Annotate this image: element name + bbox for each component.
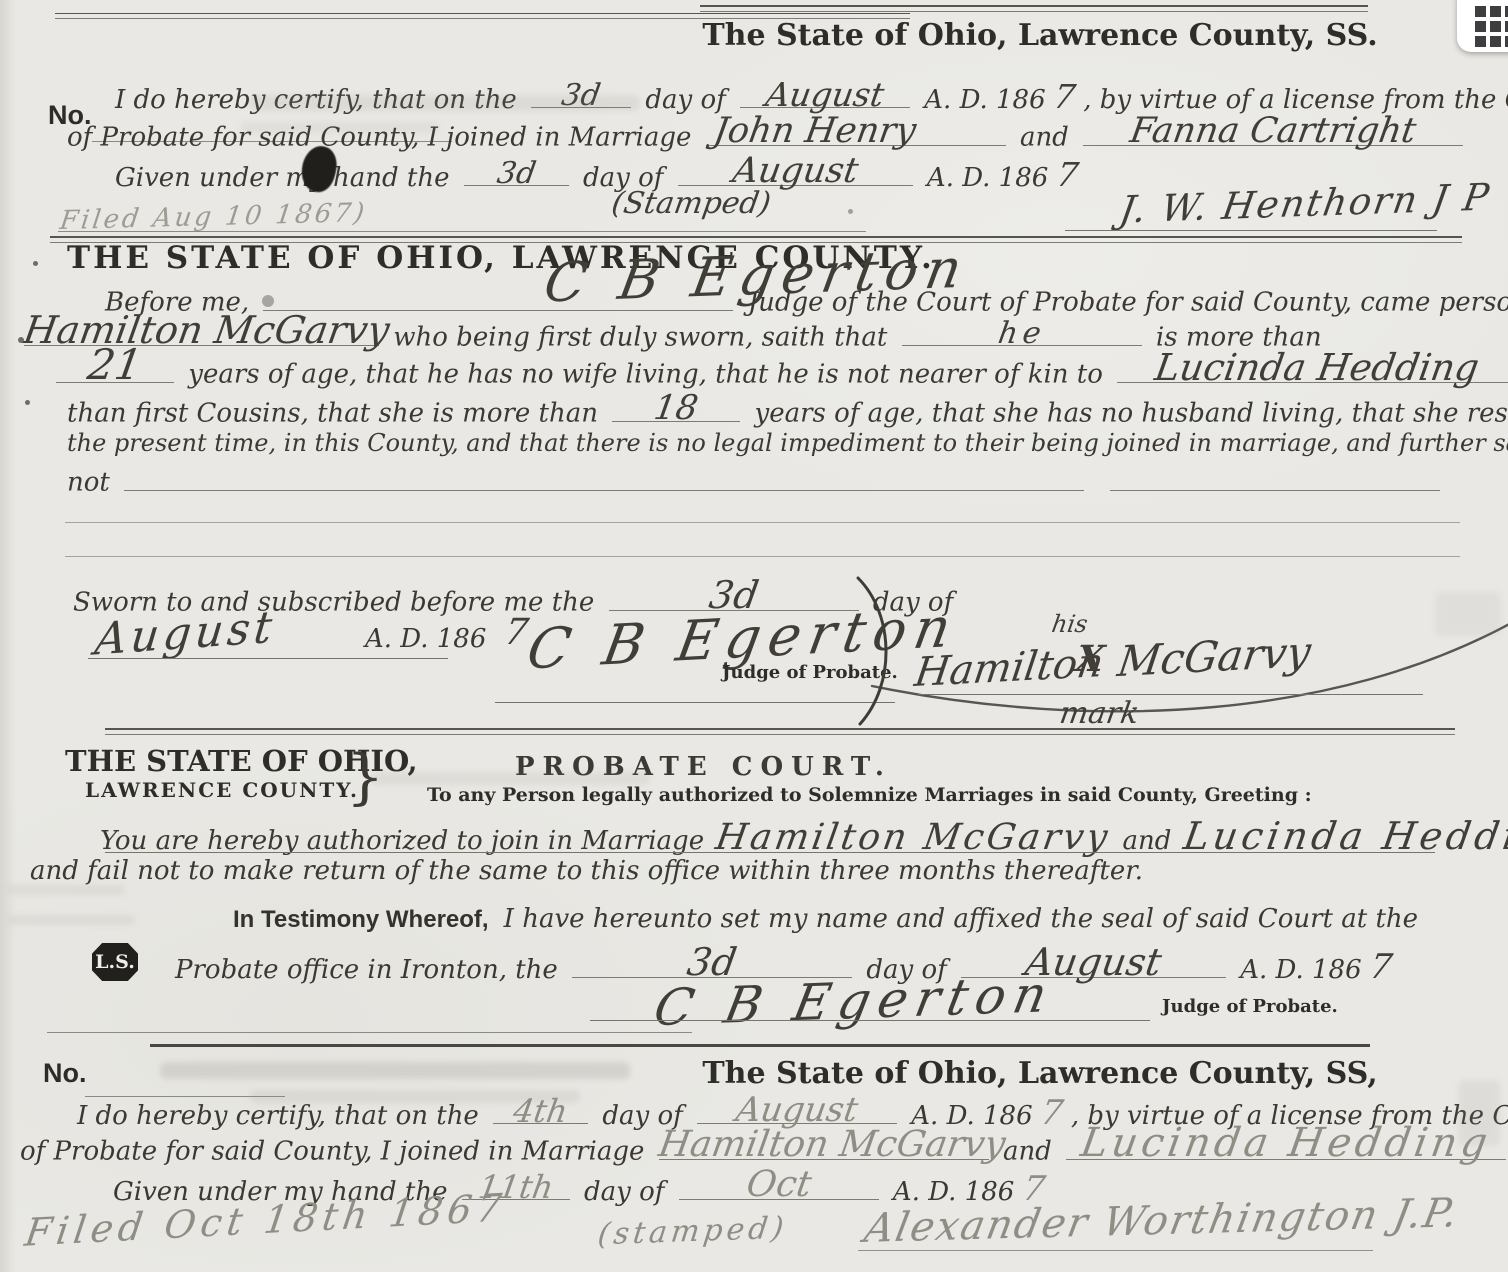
- cert2-groom-blank: Hamilton McGarvy: [659, 1132, 989, 1160]
- applicant-blank: Hamilton McGarvy: [24, 318, 379, 346]
- license-line3-pre: Probate office in Ironton, the: [175, 955, 558, 985]
- section-rule: [150, 1044, 1370, 1047]
- mark-groom-last: McGarvy: [1115, 627, 1314, 687]
- bride-name-value: Lucinda Hedding: [1114, 349, 1508, 386]
- cert2-groom-value: Hamilton McGarvy: [656, 1127, 992, 1163]
- blank-rule: [65, 522, 1460, 523]
- ls-seal-text: L.S.: [95, 951, 135, 973]
- bride-age-blank: 18: [612, 394, 740, 422]
- ink-dot: [848, 209, 853, 214]
- affidavit-line4: than first Cousins, that she is more tha…: [67, 394, 1508, 429]
- grid-icon: [1475, 6, 1508, 47]
- applicant-name: Hamilton McGarvy: [21, 311, 382, 349]
- blank-line: [1110, 463, 1440, 491]
- cert2-line3-mid: day of: [584, 1177, 664, 1207]
- cert1-line3-ad: A. D. 186: [927, 163, 1048, 193]
- bleed-through-stain: [160, 1062, 630, 1079]
- section-rule: [105, 728, 1455, 735]
- cert1-year-value: 7: [1051, 78, 1078, 116]
- signature-line: [495, 702, 895, 703]
- license-county: LAWRENCE COUNTY.: [85, 778, 359, 802]
- signature-line: [858, 1250, 1373, 1251]
- affidavit-line3: 21 years of age, that he has no wife liv…: [50, 355, 1508, 390]
- sworn-year-value: 7: [502, 612, 531, 653]
- cert2-line2-and: and: [1003, 1137, 1052, 1167]
- testimony-label: In Testimony Whereof,: [233, 906, 489, 933]
- signature-line: [918, 694, 1423, 695]
- age-blank: 21: [56, 355, 174, 383]
- cert2-bride-blank: Lucinda Hedding: [1066, 1132, 1506, 1160]
- license-line2: and fail not to make return of the same …: [30, 857, 1143, 887]
- cert1-line1-pre: I do hereby certify, that on the: [115, 85, 517, 115]
- signature-line: [590, 1020, 1150, 1021]
- cert1-line2: of Probate for said County, I joined in …: [67, 118, 1469, 153]
- affidavit-line6: not: [67, 463, 1446, 498]
- cert1-line2-pre: of Probate for said County, I joined in …: [67, 123, 691, 153]
- cert2-month2-value: Oct: [676, 1167, 882, 1203]
- mark-his: his: [1050, 610, 1090, 638]
- blank-line: [124, 463, 1084, 491]
- license-testimony-line: In Testimony Whereof, I have hereunto se…: [233, 905, 1418, 935]
- cert1-month-value: August: [737, 78, 912, 111]
- cert1-year2-value: 7: [1054, 156, 1081, 194]
- rule: [58, 231, 866, 232]
- license-judge-label: Judge of Probate.: [1162, 996, 1338, 1017]
- rule: [700, 5, 1368, 12]
- cert2-title: The State of Ohio, Lawrence County, SS,: [690, 1056, 1390, 1091]
- cert1-line3: Given under my hand the 3d day of August…: [115, 156, 1078, 194]
- speck: [18, 337, 24, 343]
- cert1-month2-blank: August: [678, 158, 913, 186]
- cert1-line1-mid: day of: [645, 85, 725, 115]
- cert1-title: The State of Ohio, Lawrence County, SS.: [690, 18, 1390, 53]
- signature-line: [1065, 230, 1437, 231]
- cert2-day-blank: 4th: [493, 1096, 588, 1124]
- cert1-bride-value: Fanna Cartright: [1080, 114, 1466, 149]
- affidavit-line4-pre: than first Cousins, that she is more tha…: [67, 399, 598, 429]
- license-greeting: To any Person legally authorized to Sole…: [427, 784, 1312, 806]
- affidavit-line5: the present time, in this County, and th…: [67, 430, 1508, 458]
- cert1-line3-pre: Given under my hand the: [115, 163, 449, 193]
- license-year-value: 7: [1367, 948, 1395, 987]
- rule: [47, 1032, 692, 1033]
- cert2-line2-pre: of Probate for said County, I joined in …: [20, 1137, 644, 1167]
- cert2-month2-blank: Oct: [679, 1172, 879, 1200]
- bride-name-blank: Lucinda Hedding: [1117, 355, 1508, 383]
- age-value: 21: [53, 344, 178, 386]
- cert2-day-value: 4th: [491, 1095, 591, 1127]
- cert1-day-value: 3d: [529, 81, 634, 111]
- cert2-line2: of Probate for said County, I joined in …: [20, 1132, 1508, 1167]
- cert2-month-value: August: [694, 1093, 899, 1127]
- cert1-day2-blank: 3d: [464, 158, 569, 186]
- cert1-stamp-note: (Stamped): [609, 186, 773, 221]
- testimony-text: I have hereunto set my name and affixed …: [504, 904, 1418, 934]
- cert1-month-blank: August: [740, 80, 910, 108]
- cert2-year-value: 7: [1038, 1094, 1066, 1133]
- speck: [25, 400, 30, 405]
- grid-view-button[interactable]: [1457, 0, 1508, 52]
- pronoun-value: he: [899, 319, 1144, 349]
- document-scan-page: No. The State of Ohio, Lawrence County, …: [0, 0, 1508, 1272]
- cert1-line2-and: and: [1020, 123, 1069, 153]
- license-line3-ad: A. D. 186: [1240, 955, 1361, 985]
- mark-word: mark: [1057, 696, 1141, 731]
- cert2-no-label: No.: [43, 1058, 87, 1089]
- bride-age-value: 18: [610, 391, 743, 425]
- affidavit-not: not: [67, 468, 110, 498]
- sworn-ad: A. D. 186: [365, 625, 486, 655]
- cert1-day-blank: 3d: [531, 80, 631, 108]
- blank-rule: [65, 556, 1460, 557]
- judge-name-blank: [263, 283, 733, 311]
- affidavit-line1-post: Judge of the Court of Probate for said C…: [748, 288, 1508, 318]
- bleed-through-stain: [5, 915, 135, 925]
- cert2-month-blank: August: [697, 1096, 897, 1124]
- cert2-bride-value: Lucinda Hedding: [1063, 1123, 1508, 1163]
- cert2-line1-pre: I do hereby certify, that on the: [77, 1101, 479, 1131]
- cert1-month2-value: August: [675, 154, 916, 189]
- ls-seal: L.S.: [92, 943, 138, 981]
- cert1-day2-value: 3d: [461, 159, 571, 189]
- cert2-stamp-note: (stamped): [596, 1211, 790, 1253]
- affidavit-line2-mid: who being first duly sworn, saith that: [393, 323, 887, 353]
- license-court-heading: PROBATE COURT.: [515, 752, 892, 782]
- cert1-line1-ad: A. D. 186: [924, 85, 1045, 115]
- cert1-groom-blank: John Henry: [706, 118, 1006, 146]
- printed-brace: }: [346, 742, 384, 812]
- speck: [33, 261, 38, 266]
- pronoun-blank: he: [902, 318, 1142, 346]
- cert1-officiant-signature: J. W. Henthorn J P: [1117, 175, 1494, 231]
- signature-line: [88, 658, 448, 659]
- cert1-bride-blank: Fanna Cartright: [1083, 118, 1463, 146]
- signature-line: [105, 852, 1435, 853]
- affidavit-line3-mid: years of age, that he has no wife living…: [188, 360, 1103, 390]
- cert1-groom-value: John Henry: [703, 114, 1009, 149]
- ink-dot: [262, 295, 274, 307]
- affidavit-line4-post: years of age, that she has no husband li…: [755, 399, 1508, 429]
